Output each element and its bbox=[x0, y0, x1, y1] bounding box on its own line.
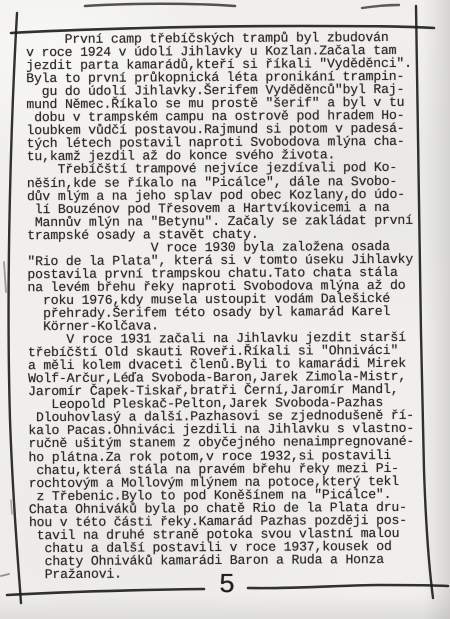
border-bottom-left bbox=[7, 589, 204, 595]
border-bottom-right bbox=[248, 585, 448, 588]
scan-mark-top-right bbox=[362, 5, 399, 8]
scan-mark-left-2 bbox=[11, 500, 12, 514]
scanned-page: První camp třebíčských trampů byl zbudov… bbox=[0, 0, 450, 619]
scan-mark-left-3 bbox=[1, 574, 9, 576]
scan-mark-top-center bbox=[85, 4, 235, 6]
page-text: První camp třebíčských trampů byl zbudov… bbox=[26, 31, 433, 581]
text-line: chaty Ohniváků kamarádi Baron a Ruda a H… bbox=[29, 553, 433, 569]
scan-mark-left-1 bbox=[4, 262, 6, 292]
page-number: 5 bbox=[205, 572, 249, 600]
border-left bbox=[9, 13, 21, 603]
